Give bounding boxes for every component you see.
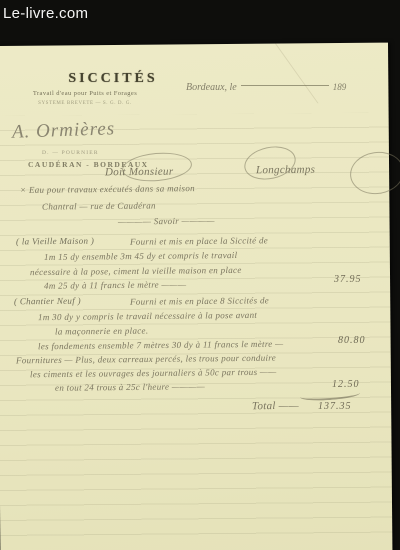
dateline-prefix: Bordeaux, le xyxy=(186,82,237,93)
handwritten-line: Chantral — rue de Caudéran xyxy=(42,200,156,211)
document-content: SICCITÉS Travail d'eau pour Puits et For… xyxy=(0,0,400,550)
handwritten-line: Fourni et mis en place 8 Siccités de xyxy=(130,295,269,306)
margin-note-old-house: ( la Vieille Maison ) xyxy=(16,236,94,247)
dateline: Bordeaux, le189 xyxy=(186,77,366,95)
handwritten-line: nécessaire à la pose, ciment la vieille … xyxy=(30,265,242,277)
handwritten-line: 4m 25 dy à 11 francs le mètre ——— xyxy=(44,279,186,290)
handwritten-line: la maçonnerie en place. xyxy=(55,326,148,337)
ink-oval-right xyxy=(347,148,400,197)
client-name: Longchamps xyxy=(256,164,315,177)
handwritten-line: les fondements ensemble 7 mètres 30 dy à… xyxy=(38,339,284,352)
handwritten-line: les ciments et les ouvrages des journali… xyxy=(30,367,277,380)
handwritten-line: Fournitures — Plus, deux carreaux percés… xyxy=(16,353,276,366)
handwritten-line: ———— Savoir ———— xyxy=(118,215,215,226)
letterhead-title: SICCITÉS xyxy=(58,71,168,87)
dateline-year: 189 xyxy=(333,82,347,92)
amount-1: 37.95 xyxy=(334,274,362,285)
handwritten-line: 1m 30 dy y compris le travail nécessaire… xyxy=(38,310,257,322)
handwritten-line: 1m 15 dy ensemble 3m 45 dy et compris le… xyxy=(44,250,237,262)
salutation: Doit Monsieur xyxy=(105,166,173,179)
dateline-blank xyxy=(241,85,329,86)
scanned-document-page: Le-livre.com SICCITÉS Travail d'eau pour… xyxy=(0,0,400,550)
amount-2: 80.80 xyxy=(338,335,366,346)
total-value: 137.35 xyxy=(318,401,352,412)
letterhead-note: SYSTÈME BREVETÉ — S. G. D. G. xyxy=(30,101,140,106)
handwritten-line: × Eau pour travaux exécutés dans sa mais… xyxy=(20,183,195,195)
sender-name: A. Ormières xyxy=(12,118,116,144)
handwritten-line: en tout 24 trous à 25c l'heure ———— xyxy=(55,381,205,393)
letterhead-subtitle: Travail d'eau pour Puits et Forages xyxy=(20,90,150,97)
handwritten-line: Fourni et mis en place la Siccité de xyxy=(130,235,268,246)
total-label: Total —— xyxy=(252,400,299,412)
total-flourish xyxy=(300,388,361,402)
amount-3: 12.50 xyxy=(332,379,360,390)
margin-note-new-site: ( Chantier Neuf ) xyxy=(14,296,81,307)
sender-address-1: D. — POURNIER xyxy=(42,150,99,156)
